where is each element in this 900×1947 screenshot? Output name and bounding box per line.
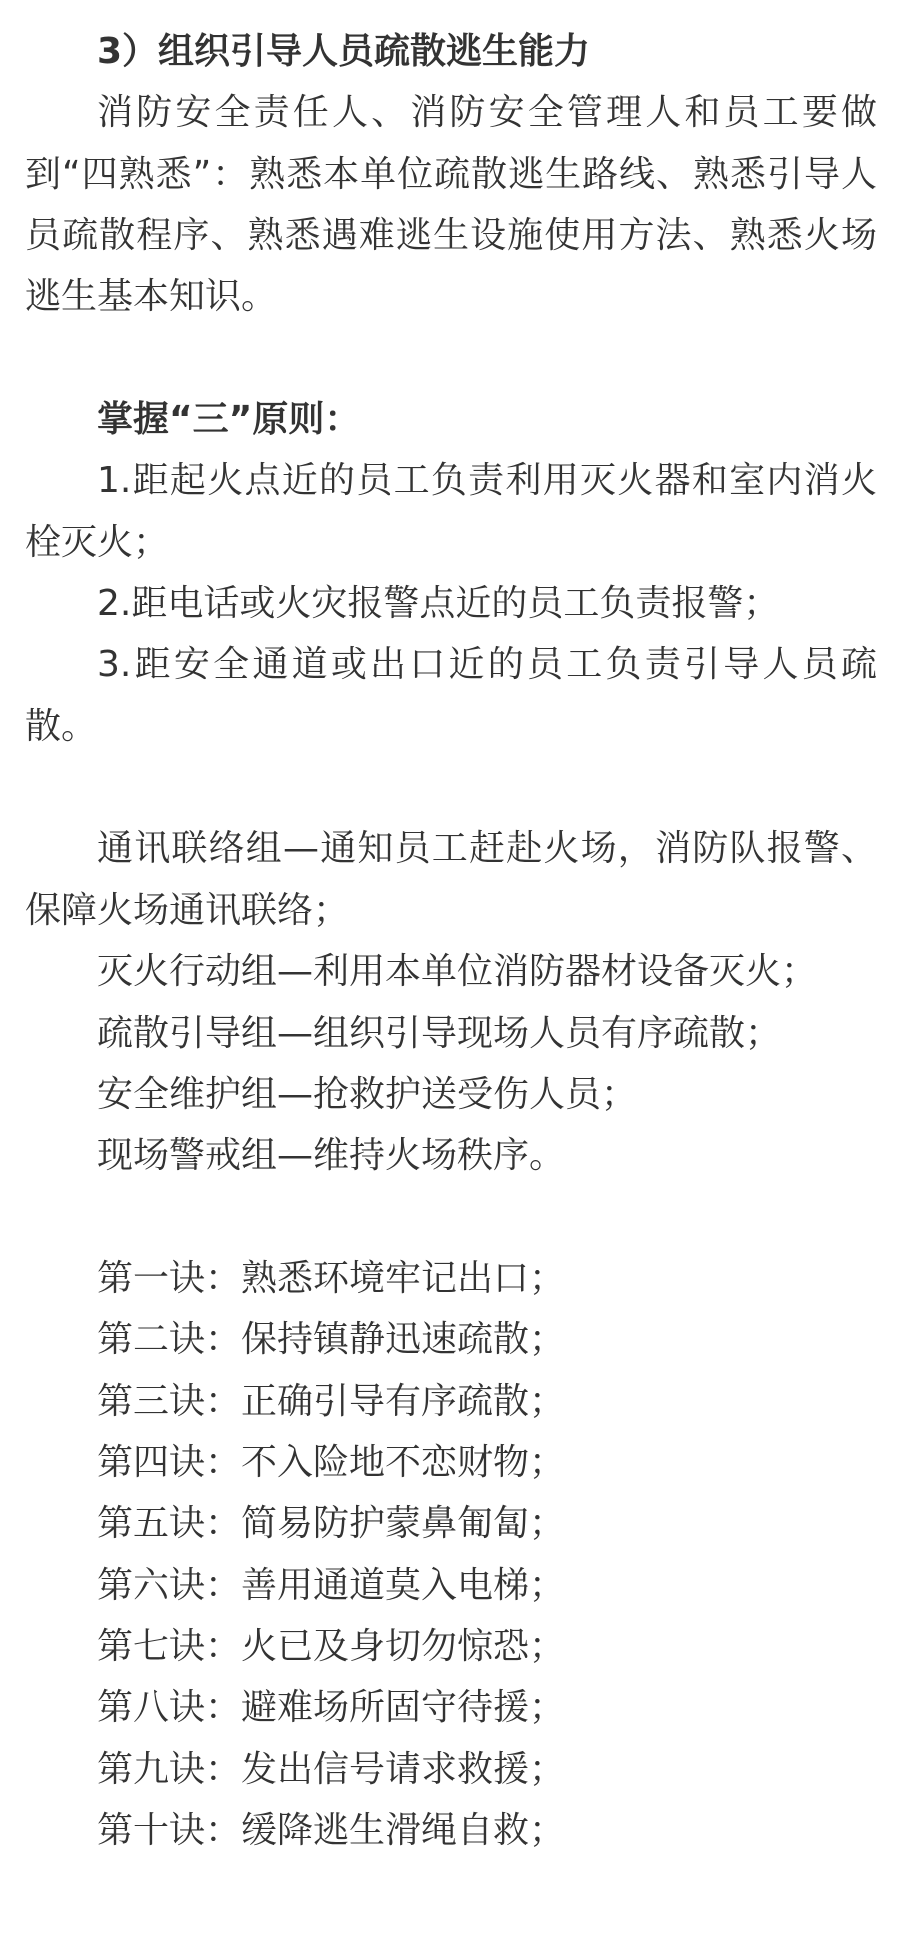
principle-item-2: 2.距电话或火灾报警点近的员工负责报警； — [25, 573, 877, 634]
group-evacuation: 疏散引导组—组织引导现场人员有序疏散； — [25, 1003, 877, 1064]
group-cordon: 现场警戒组—维持火场秩序。 — [25, 1125, 877, 1186]
group-safety: 安全维护组—抢救护送受伤人员； — [25, 1064, 877, 1125]
principles-heading: 掌握“三”原则： — [25, 389, 877, 450]
tip-3: 第三诀：正确引导有序疏散； — [25, 1371, 877, 1432]
tip-10: 第十诀：缓降逃生滑绳自救； — [25, 1800, 877, 1861]
tip-2: 第二诀：保持镇静迅速疏散； — [25, 1309, 877, 1370]
tip-1: 第一诀：熟悉环境牢记出口； — [25, 1248, 877, 1309]
blank-line — [25, 757, 877, 818]
section-heading: 3）组织引导人员疏散逃生能力 — [25, 21, 877, 82]
group-communication: 通讯联络组—通知员工赶赴火场，消防队报警、保障火场通讯联络； — [25, 818, 877, 941]
blank-line — [25, 328, 877, 389]
document-body: 3）组织引导人员疏散逃生能力 消防安全责任人、消防安全管理人和员工要做到“四熟悉… — [25, 21, 877, 1861]
tip-6: 第六诀：善用通道莫入电梯； — [25, 1555, 877, 1616]
intro-paragraph: 消防安全责任人、消防安全管理人和员工要做到“四熟悉”：熟悉本单位疏散逃生路线、熟… — [25, 82, 877, 327]
principle-item-1: 1.距起火点近的员工负责利用灭火器和室内消火栓灭火； — [25, 450, 877, 573]
tip-4: 第四诀：不入险地不恋财物； — [25, 1432, 877, 1493]
tip-7: 第七诀：火已及身切勿惊恐； — [25, 1616, 877, 1677]
blank-line — [25, 1187, 877, 1248]
group-firefighting: 灭火行动组—利用本单位消防器材设备灭火； — [25, 941, 877, 1002]
tip-5: 第五诀：简易防护蒙鼻匍匐； — [25, 1493, 877, 1554]
principle-item-3: 3.距安全通道或出口近的员工负责引导人员疏散。 — [25, 634, 877, 757]
tip-9: 第九诀：发出信号请求救援； — [25, 1739, 877, 1800]
tip-8: 第八诀：避难场所固守待援； — [25, 1677, 877, 1738]
